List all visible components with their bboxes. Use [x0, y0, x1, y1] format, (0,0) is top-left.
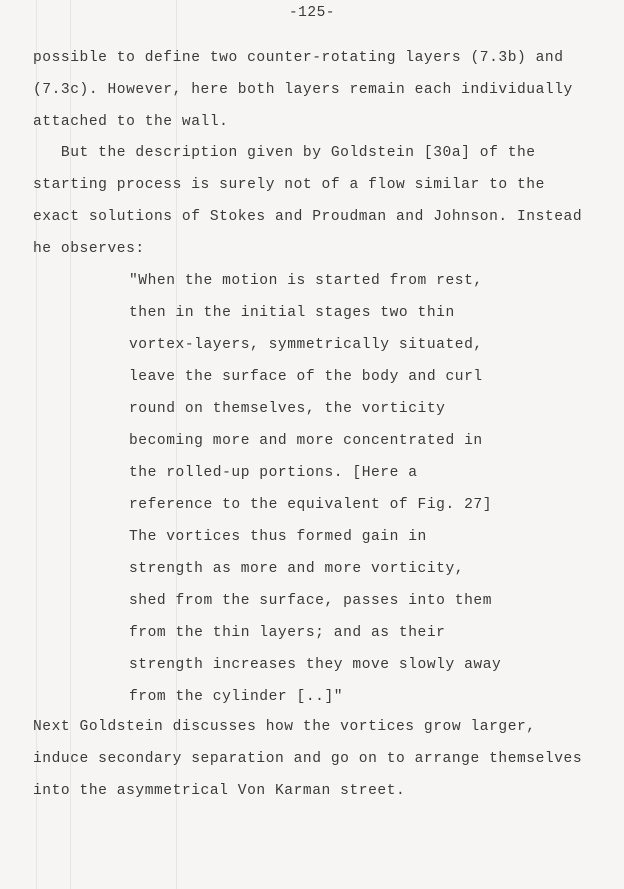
text-line: starting process is surely not of a flow… [33, 176, 545, 194]
quote-line: round on themselves, the vorticity [129, 400, 445, 418]
text-line: (7.3c). However, here both layers remain… [33, 81, 573, 99]
quote-line: the rolled-up portions. [Here a [129, 464, 418, 482]
quote-line: "When the motion is started from rest, [129, 272, 483, 290]
quote-line: leave the surface of the body and curl [129, 368, 483, 386]
text-line: attached to the wall. [33, 113, 228, 131]
quote-line: vortex-layers, symmetrically situated, [129, 336, 483, 354]
quote-line: from the cylinder [..]" [129, 688, 343, 706]
quote-line: then in the initial stages two thin [129, 304, 455, 322]
text-line: he observes: [33, 240, 145, 258]
quote-line: strength as more and more vorticity, [129, 560, 464, 578]
quote-line: strength increases they move slowly away [129, 656, 501, 674]
quote-line: shed from the surface, passes into them [129, 592, 492, 610]
page-number: -125- [0, 5, 624, 21]
text-line: But the description given by Goldstein [… [33, 144, 536, 162]
text-line: induce secondary separation and go on to… [33, 750, 582, 768]
quote-line: from the thin layers; and as their [129, 624, 445, 642]
text-line: exact solutions of Stokes and Proudman a… [33, 208, 582, 226]
quote-line: becoming more and more concentrated in [129, 432, 483, 450]
text-line: possible to define two counter-rotating … [33, 49, 564, 67]
text-line: Next Goldstein discusses how the vortice… [33, 718, 536, 736]
text-line: into the asymmetrical Von Karman street. [33, 782, 405, 800]
quote-line: reference to the equivalent of Fig. 27] [129, 496, 492, 514]
quote-line: The vortices thus formed gain in [129, 528, 427, 546]
